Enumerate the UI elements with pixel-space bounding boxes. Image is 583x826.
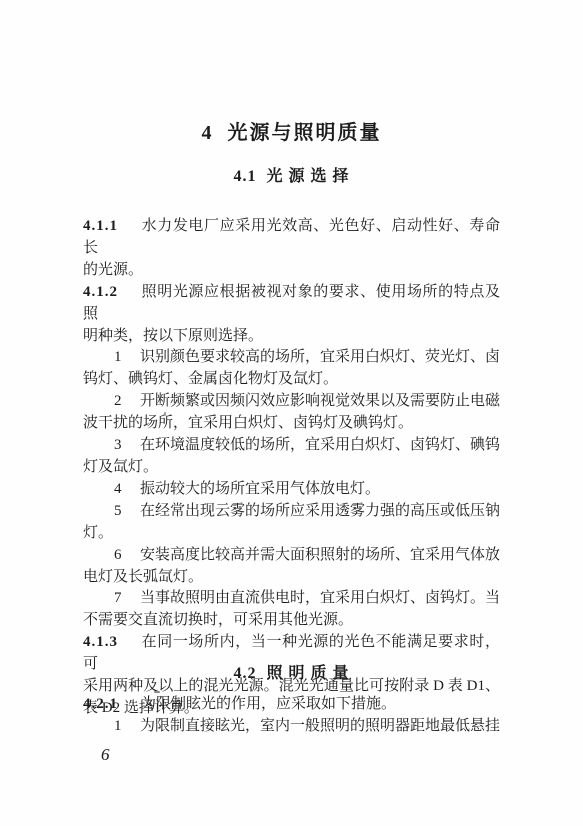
text-line: 的光源。 <box>83 260 500 282</box>
line-text: 为限制眩光的作用，应采取如下措施。 <box>141 696 396 712</box>
text-line: 4.2.1为限制眩光的作用，应采取如下措施。 <box>83 694 500 716</box>
document-page: 4 光源与照明质量 4.1 光 源 选 择 4.1.1水力发电厂应采用光效高、光… <box>0 0 583 826</box>
text-line: 电灯及长弧氙灯。 <box>83 567 500 589</box>
text-line: 6安装高度比较高并需大面积照射的场所、宜采用气体放 <box>83 545 500 567</box>
scan-artifact-speck <box>164 412 166 416</box>
line-text: 振动较大的场所宜采用气体放电灯。 <box>140 481 380 497</box>
line-text: 明种类，按以下原则选择。 <box>83 328 263 344</box>
clause-number: 4.1.3 <box>83 632 141 654</box>
section-4-2-title: 4.2 照 明 质 量 <box>83 662 500 685</box>
list-item-number: 3 <box>114 435 140 457</box>
list-item-number: 1 <box>114 716 140 738</box>
section-4-1-body: 4.1.1水力发电厂应采用光效高、光色好、启动性好、寿命长的光源。4.1.2照明… <box>83 216 500 720</box>
list-item-number: 4 <box>114 479 140 501</box>
text-line: 4.1.1水力发电厂应采用光效高、光色好、启动性好、寿命长 <box>83 216 500 260</box>
clause-number: 4.2.1 <box>83 694 141 716</box>
text-line: 灯及氙灯。 <box>83 457 500 479</box>
text-line: 1为限制直接眩光，室内一般照明的照明器距地最低悬挂 <box>83 716 500 738</box>
list-item-number: 6 <box>114 545 140 567</box>
line-text: 为限制直接眩光，室内一般照明的照明器距地最低悬挂 <box>140 718 500 734</box>
list-item-number: 7 <box>114 588 140 610</box>
line-text: 波干扰的场所，宜采用白炽灯、卤钨灯及碘钨灯。 <box>83 415 413 431</box>
line-text: 灯及氙灯。 <box>83 459 158 475</box>
line-text: 钨灯、碘钨灯、金属卤化物灯及氙灯。 <box>83 371 338 387</box>
line-text: 照明光源应根据被视对象的要求、使用场所的特点及照 <box>83 284 500 322</box>
clause-number: 4.1.2 <box>83 282 141 304</box>
line-text: 水力发电厂应采用光效高、光色好、启动性好、寿命长 <box>83 218 500 256</box>
text-line: 1识别颜色要求较高的场所，宜采用白炽灯、荧光灯、卤 <box>83 347 500 369</box>
text-line: 不需要交直流切换时，可采用其他光源。 <box>83 610 500 632</box>
text-line: 波干扰的场所，宜采用白炽灯、卤钨灯及碘钨灯。 <box>83 413 500 435</box>
line-text: 在经常出现云雾的场所应采用透雾力强的高压或低压钠 <box>140 503 500 519</box>
line-text: 识别颜色要求较高的场所，宜采用白炽灯、荧光灯、卤 <box>140 349 500 365</box>
clause-number: 4.1.1 <box>83 216 141 238</box>
line-text: 不需要交直流切换时，可采用其他光源。 <box>83 612 353 628</box>
text-line: 2开断频繁或因频闪效应影响视觉效果以及需要防止电磁 <box>83 391 500 413</box>
list-item-number: 2 <box>114 391 140 413</box>
section-4-1-title: 4.1 光 源 选 择 <box>83 165 500 188</box>
text-line: 钨灯、碘钨灯、金属卤化物灯及氙灯。 <box>83 369 500 391</box>
text-line: 7当事故照明由直流供电时，宜采用白炽灯、卤钨灯。当 <box>83 588 500 610</box>
list-item-number: 5 <box>114 501 140 523</box>
list-item-number: 1 <box>114 347 140 369</box>
text-line: 5在经常出现云雾的场所应采用透雾力强的高压或低压钠 <box>83 501 500 523</box>
line-text: 在环境温度较低的场所，宜采用白炽灯、卤钨灯、碘钨 <box>140 437 500 453</box>
text-line: 4振动较大的场所宜采用气体放电灯。 <box>83 479 500 501</box>
text-line: 灯。 <box>83 523 500 545</box>
line-text: 安装高度比较高并需大面积照射的场所、宜采用气体放 <box>140 547 500 563</box>
line-text: 当事故照明由直流供电时，宜采用白炽灯、卤钨灯。当 <box>140 590 500 606</box>
line-text: 电灯及长弧氙灯。 <box>83 569 203 585</box>
text-line: 4.1.2照明光源应根据被视对象的要求、使用场所的特点及照 <box>83 282 500 326</box>
line-text: 开断频繁或因频闪效应影响视觉效果以及需要防止电磁 <box>140 393 500 409</box>
line-text: 的光源。 <box>83 262 143 278</box>
text-line: 3在环境温度较低的场所，宜采用白炽灯、卤钨灯、碘钨 <box>83 435 500 457</box>
line-text: 灯。 <box>83 525 113 541</box>
section-4-2-body: 4.2.1为限制眩光的作用，应采取如下措施。1为限制直接眩光，室内一般照明的照明… <box>83 694 500 738</box>
scan-artifact-dash <box>154 691 160 693</box>
chapter-title: 4 光源与照明质量 <box>83 120 500 147</box>
page-number: 6 <box>101 744 110 765</box>
text-line: 明种类，按以下原则选择。 <box>83 326 500 348</box>
